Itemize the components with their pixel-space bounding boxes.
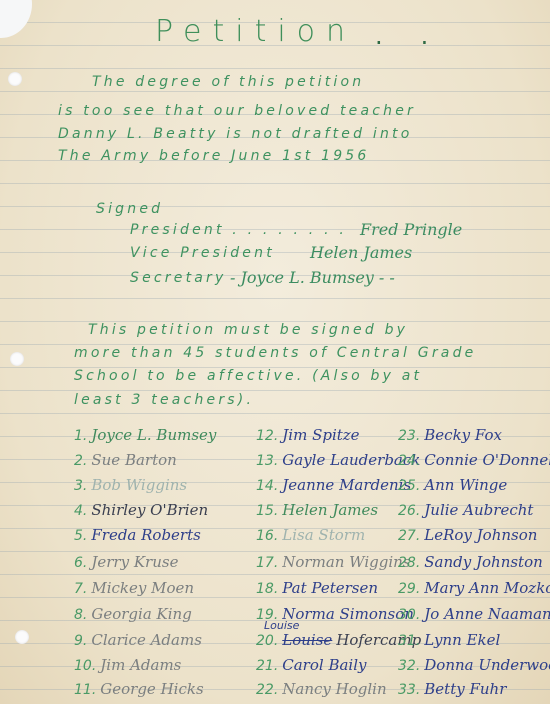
signature-row: 31.Lynn Ekel bbox=[398, 630, 500, 652]
signature-number: 3. bbox=[74, 478, 87, 494]
signature-number: 2. bbox=[74, 453, 87, 469]
signature-number: 12. bbox=[256, 428, 278, 444]
hole-punch-top bbox=[8, 72, 22, 86]
signature-number: 25. bbox=[398, 478, 420, 494]
signature-name: George Hicks bbox=[100, 680, 203, 698]
requirement-line: School to be affective. (Also by at bbox=[74, 368, 422, 384]
requirement-line: least 3 teachers). bbox=[74, 392, 254, 408]
signature-row: 2.Sue Barton bbox=[74, 450, 177, 472]
signature-row: 30.Jo Anne Naaman bbox=[398, 604, 550, 626]
signature-row: 22.Nancy Hoglin bbox=[256, 679, 387, 701]
officer-name: Fred Pringle bbox=[360, 220, 462, 239]
signature-row: 18.Pat Petersen bbox=[256, 578, 378, 600]
signature-row: 10.Jim Adams bbox=[74, 655, 181, 677]
hole-punch-middle bbox=[10, 352, 24, 366]
signed-heading: Signed bbox=[96, 201, 163, 217]
signature-number: 24. bbox=[398, 453, 420, 469]
officer-name: - Joyce L. Bumsey - - bbox=[230, 268, 395, 287]
signature-number: 4. bbox=[74, 503, 87, 519]
signature-number: 32. bbox=[398, 658, 420, 674]
signature-name: Jerry Kruse bbox=[91, 553, 178, 571]
hole-punch-bottom bbox=[15, 630, 29, 644]
signature-name: Jim Spitze bbox=[282, 426, 359, 444]
signature-row: 16.Lisa Storm bbox=[256, 525, 365, 547]
signature-number: 29. bbox=[398, 581, 420, 597]
signature-name: Pat Petersen bbox=[282, 579, 378, 597]
signature-row: 7.Mickey Moen bbox=[74, 578, 194, 600]
signature-row: 5.Freda Roberts bbox=[74, 525, 201, 547]
petition-page: Petition .. The degree of this petition … bbox=[0, 0, 550, 704]
signature-number: 33. bbox=[398, 682, 420, 698]
signature-number: 7. bbox=[74, 581, 87, 597]
signature-row: 1.Joyce L. Bumsey bbox=[74, 425, 216, 447]
signature-name: Donna Underwood bbox=[424, 656, 550, 674]
intro-line: The degree of this petition bbox=[92, 74, 364, 90]
signature-row: 13.Gayle Lauderback bbox=[256, 450, 420, 472]
signature-row: 9.Clarice Adams bbox=[74, 630, 202, 652]
signature-row: 25.Ann Winge bbox=[398, 475, 507, 497]
signature-number: 22. bbox=[256, 682, 278, 698]
signature-name: Mickey Moen bbox=[91, 579, 194, 597]
intro-line: The Army before June 1st 1956 bbox=[58, 148, 370, 164]
signature-row: 28.Sandy Johnston bbox=[398, 552, 543, 574]
signature-row: 11.George Hicks bbox=[74, 679, 204, 701]
signature-name: Connie O'Donnell bbox=[424, 451, 550, 469]
signature-name: Becky Fox bbox=[424, 426, 502, 444]
signature-row: 33.Betty Fuhr bbox=[398, 679, 506, 701]
signature-name: Betty Fuhr bbox=[424, 680, 506, 698]
signature-row: 3.Bob Wiggins bbox=[74, 475, 187, 497]
signature-number: 10. bbox=[74, 658, 96, 674]
signature-row: 26.Julie Aubrecht bbox=[398, 500, 533, 522]
signature-number: 27. bbox=[398, 528, 420, 544]
signature-name: Jim Adams bbox=[100, 656, 181, 674]
signature-number: 11. bbox=[74, 682, 96, 698]
torn-corner bbox=[0, 0, 32, 38]
signature-name: Freda Roberts bbox=[91, 526, 200, 544]
signature-row: 8.Georgia King bbox=[74, 604, 192, 626]
signature-number: 1. bbox=[74, 428, 87, 444]
signature-name: Jeanne Mardenis bbox=[282, 476, 411, 494]
signature-number: 23. bbox=[398, 428, 420, 444]
signature-row: 6.Jerry Kruse bbox=[74, 552, 178, 574]
signature-name: Joyce L. Bumsey bbox=[91, 426, 216, 444]
officer-name: Helen James bbox=[310, 243, 412, 262]
signature-name: Ann Winge bbox=[424, 476, 507, 494]
title-dots: .. bbox=[375, 22, 466, 50]
officer-role: Vice President bbox=[130, 245, 275, 261]
requirement-line: more than 45 students of Central Grade bbox=[74, 345, 476, 361]
signature-number: 13. bbox=[256, 453, 278, 469]
signature-name: Helen James bbox=[282, 501, 378, 519]
signature-row: 17.Norman Wiggins bbox=[256, 552, 411, 574]
officer-role: President . . . . . . . . bbox=[130, 222, 347, 238]
signature-row: 27.LeRoy Johnson bbox=[398, 525, 537, 547]
signature-number: 8. bbox=[74, 607, 87, 623]
signature-name: Jo Anne Naaman bbox=[424, 605, 550, 623]
signature-name: Shirley O'Brien bbox=[91, 501, 208, 519]
signature-name: Carol Baily bbox=[282, 656, 366, 674]
signature-number: 17. bbox=[256, 555, 278, 571]
signature-row: 4.Shirley O'Brien bbox=[74, 500, 208, 522]
signature-number: 16. bbox=[256, 528, 278, 544]
signature-number: 5. bbox=[74, 528, 87, 544]
signature-row: 29.Mary Ann Mozkowski bbox=[398, 578, 550, 600]
signature-row: 14.Jeanne Mardenis bbox=[256, 475, 411, 497]
struck-first-name: Louise bbox=[282, 631, 332, 649]
requirement-line: This petition must be signed by bbox=[88, 322, 408, 338]
signature-number: 28. bbox=[398, 555, 420, 571]
signature-row: 21.Carol Baily bbox=[256, 655, 367, 677]
signature-name: Sue Barton bbox=[91, 451, 176, 469]
signature-number: 9. bbox=[74, 633, 87, 649]
signature-row: 24.Connie O'Donnell bbox=[398, 450, 550, 472]
signature-name: Clarice Adams bbox=[91, 631, 202, 649]
signature-name: Sandy Johnston bbox=[424, 553, 543, 571]
signature-name: LeRoy Johnson bbox=[424, 526, 537, 544]
signature-number: 31. bbox=[398, 633, 420, 649]
petition-title: Petition bbox=[155, 14, 356, 49]
signature-name: Julie Aubrecht bbox=[424, 501, 533, 519]
signature-row: 12.Jim Spitze bbox=[256, 425, 360, 447]
signature-row: 23.Becky Fox bbox=[398, 425, 502, 447]
signature-name: Nancy Hoglin bbox=[282, 680, 386, 698]
signature-number: 21. bbox=[256, 658, 278, 674]
signature-name: Norma Simonson bbox=[282, 605, 414, 623]
signature-number: 14. bbox=[256, 478, 278, 494]
intro-line: is too see that our beloved teacher bbox=[58, 103, 416, 119]
signature-name: Lisa Storm bbox=[282, 526, 365, 544]
intro-line: Danny L. Beatty is not drafted into bbox=[58, 126, 412, 142]
signature-name: Lynn Ekel bbox=[424, 631, 500, 649]
correction-above: Louise bbox=[264, 619, 299, 632]
officer-role: Secretary bbox=[130, 270, 226, 286]
signature-row: 15.Helen James bbox=[256, 500, 378, 522]
signature-number: 6. bbox=[74, 555, 87, 571]
signature-number: 20. bbox=[256, 633, 278, 649]
signature-number: 30. bbox=[398, 607, 420, 623]
signature-name: Norman Wiggins bbox=[282, 553, 410, 571]
signature-number: 15. bbox=[256, 503, 278, 519]
signature-name: Georgia King bbox=[91, 605, 191, 623]
signature-name: Bob Wiggins bbox=[91, 476, 187, 494]
signature-number: 26. bbox=[398, 503, 420, 519]
signature-name: Mary Ann Mozkowski bbox=[424, 579, 550, 597]
signature-number: 18. bbox=[256, 581, 278, 597]
signature-row: 32.Donna Underwood bbox=[398, 655, 550, 677]
